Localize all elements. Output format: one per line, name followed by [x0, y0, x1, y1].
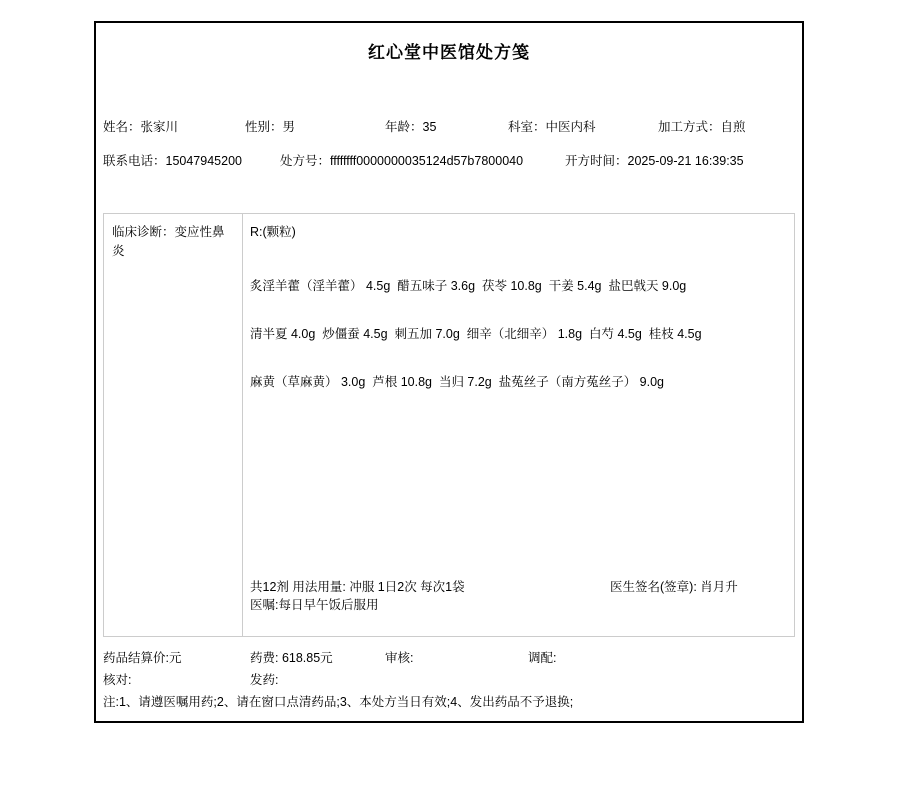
patient-name: 姓名：张家川 [103, 119, 178, 135]
settle-price-label: 药品结算价:元 [103, 650, 181, 666]
herb-line-3: 麻黄（草麻黄） 3.0g 芦根 10.8g 当归 7.2g 盐菟丝子（南方菟丝子… [250, 374, 664, 390]
patient-gender: 性别：男 [245, 119, 295, 135]
patient-age: 年龄：35 [385, 119, 436, 135]
sheet-title: 红心堂中医馆处方笺 [96, 38, 802, 63]
doctor-signature: 医生签名(签章): 肖月升 [610, 579, 738, 595]
rx-type: R:(颗粒) [250, 224, 296, 240]
processing-method: 加工方式：自煎 [658, 119, 746, 135]
patient-phone: 联系电话：15047945200 [103, 153, 242, 169]
prescription-sheet: 红心堂中医馆处方笺 姓名：张家川 性别：男 年龄：35 科室：中医内科 加工方式… [94, 21, 804, 723]
medicine-fee: 药费: 618.85元 [250, 650, 333, 666]
usage-notes: 注:1、请遵医嘱用药;2、请在窗口点清药品;3、本处方当日有效;4、发出药品不予… [103, 694, 573, 710]
rx-content-cell: R:(颗粒) 炙淫羊藿（淫羊藿） 4.5g 醋五味子 3.6g 茯苓 10.8g… [243, 214, 794, 636]
dispense-label: 调配: [528, 650, 556, 666]
check-label: 核对: [103, 672, 131, 688]
patient-department: 科室：中医内科 [508, 119, 596, 135]
herb-line-2: 清半夏 4.0g 炒僵蚕 4.5g 刺五加 7.0g 细辛（北细辛） 1.8g … [250, 326, 702, 342]
dosage-summary: 共12剂 用法用量: 冲服 1日2次 每次1袋 [250, 579, 465, 595]
issue-time: 开方时间：2025-09-21 16:39:35 [565, 153, 744, 169]
herb-line-1: 炙淫羊藿（淫羊藿） 4.5g 醋五味子 3.6g 茯苓 10.8g 干姜 5.4… [250, 278, 686, 294]
rx-number: 处方号：ffffffff0000000035124d57b7800040 [280, 153, 523, 169]
prescription-box: 临床诊断：变应性鼻炎 R:(颗粒) 炙淫羊藿（淫羊藿） 4.5g 醋五味子 3.… [103, 213, 795, 637]
review-label: 审核: [385, 650, 413, 666]
give-medicine-label: 发药: [250, 672, 278, 688]
clinical-diagnosis: 临床诊断：变应性鼻炎 [104, 214, 243, 636]
doctor-advice: 医嘱:每日早午饭后服用 [250, 597, 378, 613]
